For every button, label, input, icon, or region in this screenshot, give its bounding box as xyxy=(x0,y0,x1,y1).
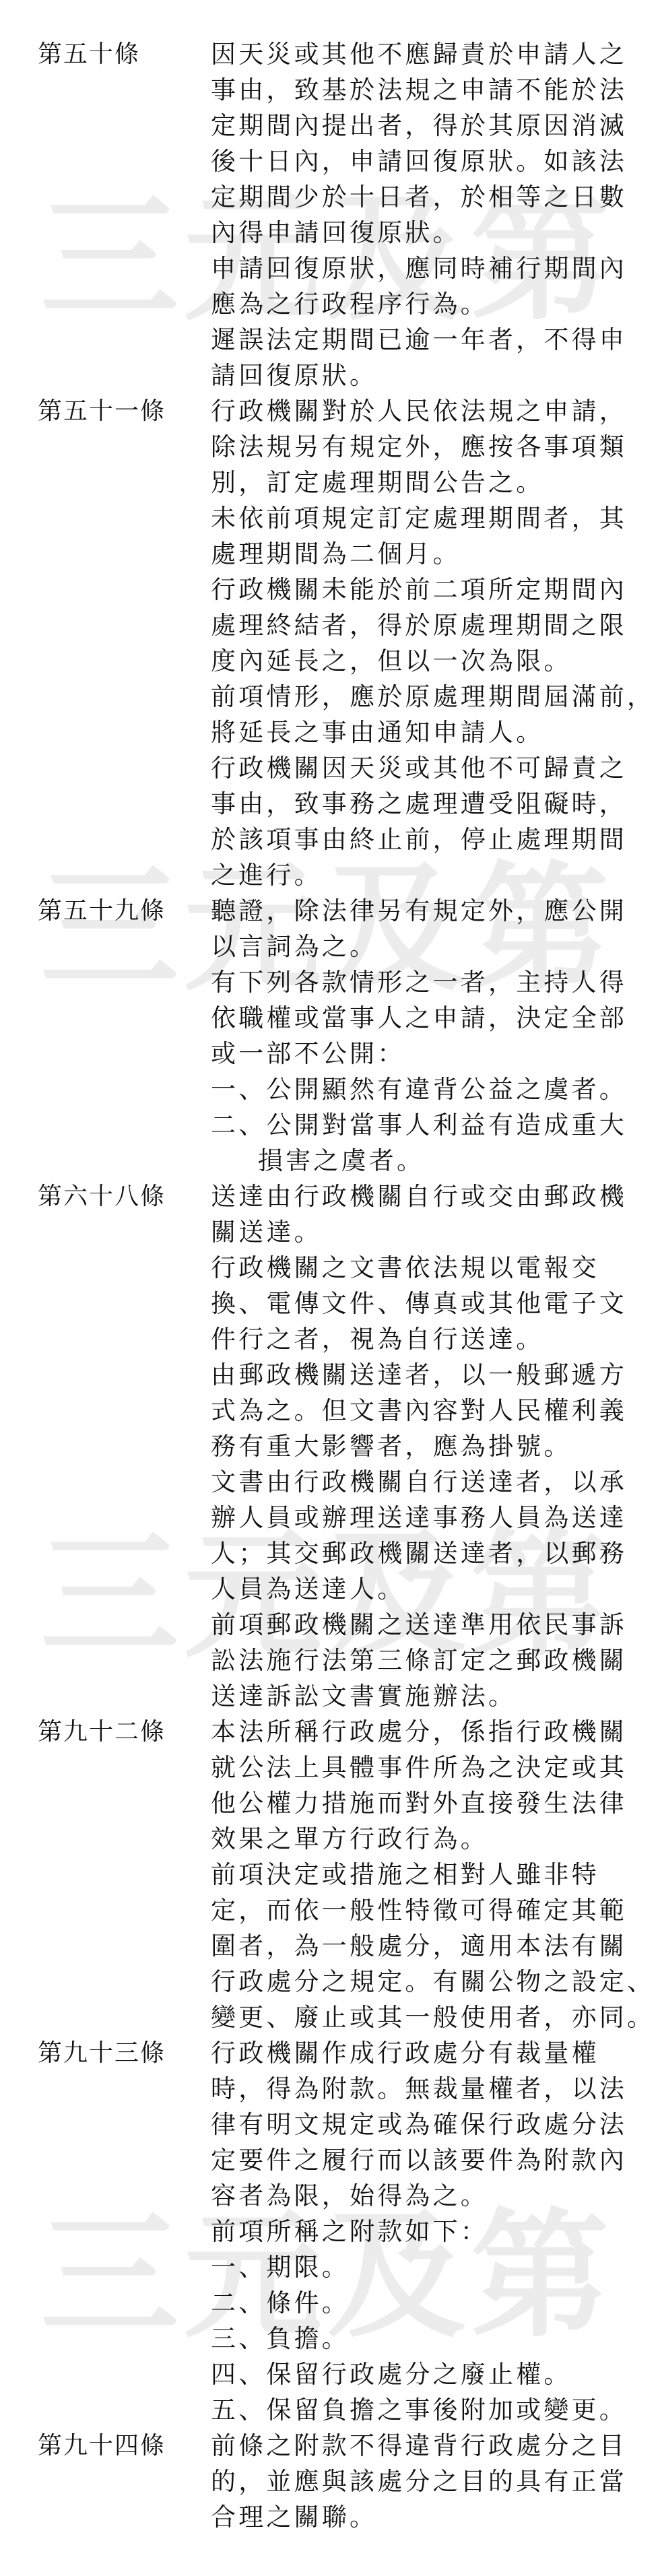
text-line: 以言詞為之。 xyxy=(211,929,628,964)
article-body: 聽證，除法律另有規定外，應公開 以言詞為之。 有下列各款情形之一者，主持人得 依… xyxy=(211,893,628,1179)
text-line: 遲誤法定期間已逾一年者，不得申 xyxy=(211,322,628,358)
article-label: 第九十三條 xyxy=(0,2035,211,2428)
text-line: 由郵政機關送達者，以一般郵遞方 xyxy=(211,1357,628,1393)
list-item-continuation: 損害之虞者。 xyxy=(211,1143,628,1179)
text-line: 送達訴訟文書實施辦法。 xyxy=(211,1678,628,1714)
text-line: 時，得為附款。無裁量權者，以法 xyxy=(211,2071,628,2107)
text-line: 件行之者，視為自行送達。 xyxy=(211,1321,628,1357)
text-line: 行政機關未能於前二項所定期間內 xyxy=(211,572,628,607)
article-94: 第九十四條 前條之附款不得違背行政處分之目 的，並應與該處分之目的具有正當 合理… xyxy=(0,2428,660,2535)
text-line: 合理之關聯。 xyxy=(211,2499,628,2535)
text-line: 律有明文規定或為確保行政處分法 xyxy=(211,2107,628,2142)
list-item: 三、負擔。 xyxy=(211,2321,628,2356)
text-line: 送達由行政機關自行或交由郵政機 xyxy=(211,1179,628,1214)
text-line: 應為之行政程序行為。 xyxy=(211,286,628,322)
text-line: 容者為限，始得為之。 xyxy=(211,2178,628,2214)
law-articles-document: 第五十條 因天災或其他不應歸責於申請人之 事由，致基於法規之申請不能於法 定期間… xyxy=(0,0,660,2535)
list-item: 五、保留負擔之事後附加或變更。 xyxy=(211,2392,628,2428)
article-label: 第五十一條 xyxy=(0,393,211,893)
text-line: 有下列各款情形之一者，主持人得 xyxy=(211,964,628,1000)
text-line: 因天災或其他不應歸責於申請人之 xyxy=(211,36,628,72)
text-line: 關送達。 xyxy=(211,1214,628,1250)
text-line: 將延長之事由通知申請人。 xyxy=(211,715,628,750)
text-line: 本法所稱行政處分，係指行政機關 xyxy=(211,1714,628,1750)
article-68: 第六十八條 送達由行政機關自行或交由郵政機 關送達。 行政機關之文書依法規以電報… xyxy=(0,1179,660,1714)
article-label: 第六十八條 xyxy=(0,1179,211,1714)
text-line: 請回復原狀。 xyxy=(211,358,628,393)
article-93: 第九十三條 行政機關作成行政處分有裁量權 時，得為附款。無裁量權者，以法 律有明… xyxy=(0,2035,660,2428)
text-line: 未依前項規定訂定處理期間者，其 xyxy=(211,500,628,536)
text-line: 他公權力措施而對外直接發生法律 xyxy=(211,1785,628,1821)
list-item: 一、期限。 xyxy=(211,2249,628,2285)
list-item: 一、公開顯然有違背公益之虞者。 xyxy=(211,1071,628,1107)
text-line: 變更、廢止或其一般使用者，亦同。 xyxy=(211,2000,628,2035)
text-line: 度內延長之，但以一次為限。 xyxy=(211,643,628,679)
article-51: 第五十一條 行政機關對於人民依法規之申請， 除法規另有規定外，應按各事項類 別，… xyxy=(0,393,660,893)
text-line: 事由，致基於法規之申請不能於法 xyxy=(211,72,628,108)
text-line: 前項所稱之附款如下： xyxy=(211,2214,628,2249)
text-line: 人；其交郵政機關送達者，以郵務 xyxy=(211,1535,628,1571)
text-line: 文書由行政機關自行送達者，以承 xyxy=(211,1464,628,1500)
text-line: 事由，致事務之處理遭受阻礙時， xyxy=(211,786,628,822)
text-line: 行政處分之規定。有關公物之設定、 xyxy=(211,1964,628,2000)
article-body: 因天災或其他不應歸責於申請人之 事由，致基於法規之申請不能於法 定期間內提出者，… xyxy=(211,36,628,393)
text-line: 式為之。但文書內容對人民權利義 xyxy=(211,1393,628,1428)
text-line: 圍者，為一般處分，適用本法有關 xyxy=(211,1928,628,1964)
text-line: 換、電傳文件、傳真或其他電子文 xyxy=(211,1286,628,1321)
list-item: 二、條件。 xyxy=(211,2285,628,2321)
article-59: 第五十九條 聽證，除法律另有規定外，應公開 以言詞為之。 有下列各款情形之一者，… xyxy=(0,893,660,1179)
article-92: 第九十二條 本法所稱行政處分，係指行政機關 就公法上具體事件所為之決定或其 他公… xyxy=(0,1714,660,2035)
text-line: 於該項事由終止前，停止處理期間 xyxy=(211,822,628,857)
text-line: 前項情形，應於原處理期間屆滿前， xyxy=(211,679,628,715)
text-line: 前項郵政機關之送達準用依民事訴 xyxy=(211,1607,628,1643)
article-body: 行政機關作成行政處分有裁量權 時，得為附款。無裁量權者，以法 律有明文規定或為確… xyxy=(211,2035,628,2428)
text-line: 定期間內提出者，得於其原因消滅 xyxy=(211,108,628,143)
text-line: 訟法施行法第三條訂定之郵政機關 xyxy=(211,1643,628,1678)
text-line: 定期間少於十日者，於相等之日數 xyxy=(211,179,628,215)
text-line: 聽證，除法律另有規定外，應公開 xyxy=(211,893,628,929)
list-item: 四、保留行政處分之廢止權。 xyxy=(211,2356,628,2392)
text-line: 別，訂定處理期間公告之。 xyxy=(211,465,628,500)
text-line: 人員為送達人。 xyxy=(211,1571,628,1607)
text-line: 效果之單方行政行為。 xyxy=(211,1821,628,1857)
text-line: 後十日內，申請回復原狀。如該法 xyxy=(211,143,628,179)
text-line: 或一部不公開： xyxy=(211,1036,628,1071)
text-line: 行政機關之文書依法規以電報交 xyxy=(211,1250,628,1286)
text-line: 辦人員或辦理送達事務人員為送達 xyxy=(211,1500,628,1535)
text-line: 依職權或當事人之申請，決定全部 xyxy=(211,1000,628,1036)
text-line: 的，並應與該處分之目的具有正當 xyxy=(211,2464,628,2499)
text-line: 除法規另有規定外，應按各事項類 xyxy=(211,429,628,465)
text-line: 處理終結者，得於原處理期間之限 xyxy=(211,607,628,643)
article-label: 第五十條 xyxy=(0,36,211,393)
text-line: 定要件之履行而以該要件為附款內 xyxy=(211,2142,628,2178)
article-label: 第五十九條 xyxy=(0,893,211,1179)
article-body: 本法所稱行政處分，係指行政機關 就公法上具體事件所為之決定或其 他公權力措施而對… xyxy=(211,1714,628,2035)
article-label: 第九十四條 xyxy=(0,2428,211,2535)
text-line: 行政機關對於人民依法規之申請， xyxy=(211,393,628,429)
text-line: 定，而依一般性特徵可得確定其範 xyxy=(211,1892,628,1928)
text-line: 申請回復原狀，應同時補行期間內 xyxy=(211,251,628,286)
article-50: 第五十條 因天災或其他不應歸責於申請人之 事由，致基於法規之申請不能於法 定期間… xyxy=(0,36,660,393)
text-line: 行政機關作成行政處分有裁量權 xyxy=(211,2035,628,2071)
article-label: 第九十二條 xyxy=(0,1714,211,2035)
text-line: 務有重大影響者，應為掛號。 xyxy=(211,1428,628,1464)
text-line: 之進行。 xyxy=(211,857,628,893)
text-line: 前條之附款不得違背行政處分之目 xyxy=(211,2428,628,2464)
list-item: 二、公開對當事人利益有造成重大 xyxy=(211,1107,628,1143)
article-body: 送達由行政機關自行或交由郵政機 關送達。 行政機關之文書依法規以電報交 換、電傳… xyxy=(211,1179,628,1714)
text-line: 行政機關因天災或其他不可歸責之 xyxy=(211,750,628,786)
text-line: 內得申請回復原狀。 xyxy=(211,215,628,251)
article-body: 前條之附款不得違背行政處分之目 的，並應與該處分之目的具有正當 合理之關聯。 xyxy=(211,2428,628,2535)
text-line: 就公法上具體事件所為之決定或其 xyxy=(211,1750,628,1785)
text-line: 處理期間為二個月。 xyxy=(211,536,628,572)
text-line: 前項決定或措施之相對人雖非特 xyxy=(211,1857,628,1892)
article-body: 行政機關對於人民依法規之申請， 除法規另有規定外，應按各事項類 別，訂定處理期間… xyxy=(211,393,628,893)
